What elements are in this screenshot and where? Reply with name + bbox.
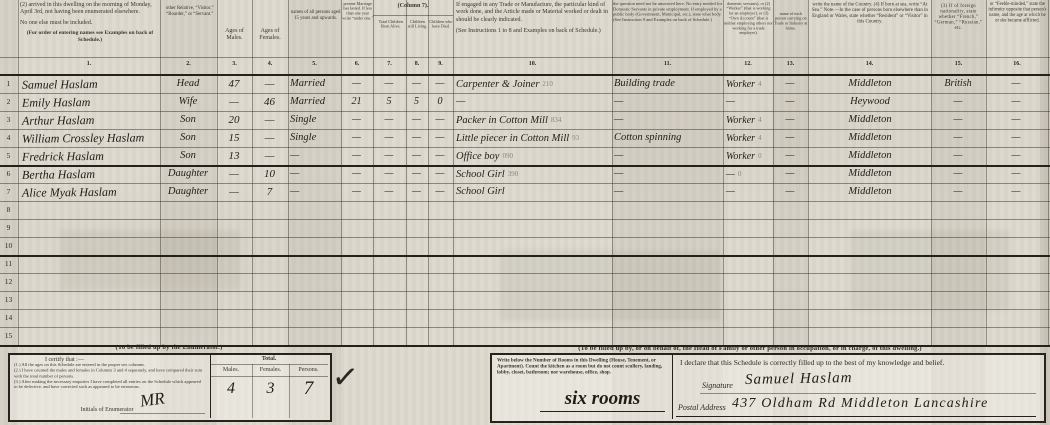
cell-living-text: — (412, 168, 421, 179)
cell-status: — (726, 93, 771, 111)
cell-age-f: — (252, 129, 287, 147)
col-header-industry: the question need not be answered here. … (613, 2, 723, 23)
cell-relation: Son (160, 147, 216, 165)
cell-at_home-text: — (786, 186, 795, 197)
signature-label: Signature (702, 381, 733, 390)
cell-age_m-text: — (229, 168, 239, 180)
cell-years-text: — (352, 78, 361, 89)
total-females-value: 3 (252, 380, 289, 398)
grid-line (612, 0, 613, 345)
cell-birthplace-text: Heywood (850, 96, 890, 107)
total-label: Total. (210, 356, 328, 363)
row-number: 7 (0, 183, 17, 201)
column-number: 7. (373, 61, 406, 67)
col-header-years-married: present Marriage has lasted. If less tha… (342, 2, 374, 22)
cell-at_home-text: — (786, 114, 795, 125)
cell-nationality-text: British (944, 78, 971, 89)
cell-at_home-text: — (786, 96, 795, 107)
cell-occupation-text: Packer in Cotton Mill (456, 115, 548, 126)
cell-age_f-text: 7 (267, 186, 273, 198)
cell-name-text: Arthur Haslam (22, 113, 94, 128)
col-header-occupation: If engaged in any Trade or Manufacture, … (456, 2, 609, 35)
cell-age_f-text: — (265, 114, 275, 126)
header-note-order: (For order of entering names see Example… (20, 30, 160, 43)
cell-occupation-text: School Girl (456, 169, 505, 180)
cell-birthplace-text: Middleton (848, 186, 891, 197)
cell-infirmity: — (986, 111, 1046, 129)
cell-living-text: — (412, 150, 421, 161)
grid-line (0, 219, 1050, 220)
cell-years: — (341, 75, 372, 93)
cell-age-m: — (217, 93, 251, 111)
cell-name: Fredrick Haslam (22, 146, 160, 165)
cell-age-f: — (252, 75, 287, 93)
cell-name: Emily Haslam (22, 92, 160, 111)
cell-name-text: William Crossley Haslam (22, 130, 144, 145)
cell-name: William Crossley Haslam (22, 128, 160, 147)
cell-marriage-text: Single (290, 132, 316, 143)
cell-industry: — (614, 183, 721, 201)
cell-infirmity-text: — (1012, 150, 1021, 161)
column-number: 14. (808, 61, 931, 67)
cell-infirmity: — (986, 129, 1046, 147)
cell-status-text: — (726, 169, 735, 180)
persons-label: Persons. (289, 367, 328, 374)
cell-occupation: Little piecer in Cotton Mill93 (456, 129, 610, 147)
cell-years-text: — (352, 168, 361, 179)
cell-name: Arthur Haslam (22, 110, 160, 129)
cell-died: — (428, 129, 452, 147)
cell-birthplace-text: Middleton (848, 132, 891, 143)
cell-died-text: — (436, 132, 445, 143)
cell-occupation-text: Little piecer in Cotton Mill (456, 133, 569, 144)
postal-address-label: Postal Address (678, 403, 726, 412)
cell-relation-text: Son (180, 114, 196, 125)
grid-line (453, 0, 454, 345)
cell-marriage-text: Married (290, 96, 325, 107)
initials-write-line (120, 413, 205, 414)
column-number: 3. (217, 61, 252, 67)
cell-born: — (373, 165, 405, 183)
cell-died: — (428, 111, 452, 129)
labels-separator (210, 376, 328, 377)
cell-birthplace: Middleton (812, 111, 928, 129)
header-note-no-one-else: No one else must be included. (20, 20, 160, 27)
row-number: 9 (0, 219, 17, 237)
cell-age-f: — (252, 111, 287, 129)
column-number: 8. (406, 61, 428, 67)
cell-years-text: — (352, 186, 361, 197)
cell-status-text: Worker (726, 115, 755, 126)
cell-nationality: — (931, 147, 985, 165)
grid-line (0, 291, 1050, 292)
col-header-birthplace: write the name of the Country. (4) If bo… (810, 2, 930, 25)
column-number: 15. (931, 61, 986, 67)
cell-age_f-text: — (265, 150, 275, 162)
cell-born-text: — (385, 132, 394, 143)
cell-died-text: 0 (438, 96, 443, 107)
declaration-text: I declare that this Schedule is correctl… (680, 358, 944, 367)
cell-died: — (428, 75, 452, 93)
total-separator (210, 364, 328, 365)
cell-nationality: — (931, 183, 985, 201)
cell-occupation-text: School Girl (456, 186, 505, 197)
cell-at-home: — (773, 93, 807, 111)
column-number: 6. (341, 61, 373, 67)
cell-occupation: Office boy090 (456, 147, 610, 165)
bleed-through-smudge (60, 230, 240, 290)
cell-born: — (373, 183, 405, 201)
registrar-code: 090 (502, 152, 513, 160)
cell-relation-text: Wife (179, 96, 198, 107)
females-label: Females. (252, 367, 289, 374)
grid-line (373, 15, 453, 16)
cell-occupation-text: Carpenter & Joiner (456, 79, 539, 90)
males-label: Males. (210, 367, 252, 374)
cell-nationality-text: — (954, 114, 963, 125)
col-header-nationality: (3) If of foreign nationality, state whe… (932, 4, 985, 32)
cell-years-text: 21 (352, 96, 362, 107)
cell-nationality: British (931, 75, 985, 93)
column-number: 9. (428, 61, 453, 67)
column-number: 11. (612, 61, 723, 67)
cell-age-m: 15 (217, 129, 251, 147)
cell-birthplace: Middleton (812, 147, 928, 165)
enumerator-certify-items: (1.) All the ages on this Schedule are e… (14, 363, 204, 391)
registrar-code: 93 (572, 134, 579, 142)
cell-name: Alice Myak Haslam (22, 182, 160, 201)
cell-infirmity-text: — (1012, 132, 1021, 143)
cell-age-f: 46 (252, 93, 287, 111)
rooms-instruction: Write below the Number of Rooms in this … (497, 358, 667, 376)
cell-born: — (373, 111, 405, 129)
cell-infirmity-text: — (1012, 78, 1021, 89)
cell-industry-text: — (614, 114, 623, 125)
grid-line (1048, 0, 1049, 345)
cell-born: — (373, 129, 405, 147)
column-number: 5. (288, 61, 341, 67)
cell-at-home: — (773, 129, 807, 147)
cell-status-text: Worker (726, 133, 755, 144)
cell-infirmity: — (986, 183, 1046, 201)
cell-living: 5 (406, 93, 427, 111)
row-number: 10 (0, 237, 17, 255)
cell-infirmity: — (986, 147, 1046, 165)
grid-line (0, 273, 1050, 274)
row-number: 12 (0, 273, 17, 291)
cell-occupation-text: — (456, 96, 465, 107)
registrar-code: 0 (738, 170, 742, 178)
cell-marriage-text: Single (290, 114, 316, 125)
cell-at_home-text: — (786, 78, 795, 89)
row-number: 1 (0, 75, 17, 93)
cell-birthplace: Heywood (812, 93, 928, 111)
cell-status: —0 (726, 165, 771, 183)
cell-name: Samuel Haslam (22, 74, 160, 93)
cell-living-text: — (412, 132, 421, 143)
cell-industry: — (614, 165, 721, 183)
cell-nationality: — (931, 111, 985, 129)
signature-write-line (700, 393, 1036, 394)
cell-age-m: 20 (217, 111, 251, 129)
cell-age-m: — (217, 183, 251, 201)
cell-relation: Wife (160, 93, 216, 111)
cell-born-text: 5 (387, 96, 392, 107)
row-number: 15 (0, 327, 17, 345)
cell-age_f-text: — (265, 132, 275, 144)
cell-marriage: — (290, 183, 340, 201)
header-occupation-text: If engaged in any Trade or Manufacture, … (456, 2, 609, 24)
grid-line (0, 255, 1050, 257)
cell-nationality: — (931, 165, 985, 183)
cell-status-text: Worker (726, 79, 755, 90)
cell-born-text: — (385, 168, 394, 179)
cell-birthplace: Middleton (812, 75, 928, 93)
total-persons-value: 7 (289, 378, 328, 400)
cell-status-text: Worker (726, 151, 755, 162)
column-number: 1. (18, 61, 160, 67)
cell-age-f: 7 (252, 183, 287, 201)
cell-relation-text: Daughter (168, 168, 208, 179)
registrar-code: 4 (758, 134, 762, 142)
cell-relation-text: Head (177, 78, 200, 89)
cell-birthplace: Middleton (812, 165, 928, 183)
rooms-write-line (540, 411, 665, 412)
cell-years: — (341, 183, 372, 201)
cell-relation: Daughter (160, 165, 216, 183)
cell-name: Bertha Haslam (22, 164, 160, 183)
cell-birthplace-text: Middleton (848, 114, 891, 125)
cell-years: — (341, 165, 372, 183)
cell-industry-text: — (614, 168, 623, 179)
column-number: 10. (453, 61, 612, 67)
row-number: 4 (0, 129, 17, 147)
cell-age_f-text: 10 (264, 168, 275, 180)
cell-living: — (406, 165, 427, 183)
cell-name-text: Bertha Haslam (22, 167, 95, 182)
column-number: 16. (986, 61, 1048, 67)
postal-address-value: 437 Oldham Rd Middleton Lancashire (732, 396, 989, 412)
header-occupation-see: (See Instructions 1 to 8 and Examples on… (456, 28, 609, 35)
cell-industry-text: — (614, 96, 623, 107)
cell-age-m: 47 (217, 75, 251, 93)
cell-relation-text: Son (180, 132, 196, 143)
grid-line (723, 0, 724, 345)
cell-living-text: — (412, 114, 421, 125)
cell-died-text: — (436, 78, 445, 89)
column-number: 13. (773, 61, 808, 67)
cell-age-f: 10 (252, 165, 287, 183)
cell-age_m-text: — (229, 96, 239, 108)
cell-died: — (428, 183, 452, 201)
cell-marriage: — (290, 165, 340, 183)
row-number: 8 (0, 201, 17, 219)
grid-line (0, 237, 1050, 238)
cell-living: — (406, 147, 427, 165)
cell-years-text: — (352, 150, 361, 161)
cell-age-m: 13 (217, 147, 251, 165)
cell-relation: Daughter (160, 183, 216, 201)
header-note-arrived: (2) arrived in this dwelling on the morn… (20, 2, 160, 17)
cell-infirmity-text: — (1012, 186, 1021, 197)
cell-marriage: Single (290, 129, 340, 147)
address-write-line (676, 416, 1036, 417)
grid-line (0, 201, 1050, 202)
census-schedule-sheet: (2) arrived in this dwelling on the morn… (0, 0, 1050, 425)
cell-status: Worker4 (726, 75, 771, 93)
cell-nationality-text: — (954, 132, 963, 143)
cell-marriage-text: — (290, 186, 299, 197)
cell-living-text: — (412, 186, 421, 197)
household-box-divider (672, 353, 673, 419)
registrar-code: 0 (758, 152, 762, 160)
cell-years-text: — (352, 114, 361, 125)
cell-age_m-text: 13 (229, 150, 240, 162)
column-number: 4. (252, 61, 288, 67)
cell-nationality-text: — (954, 96, 963, 107)
cell-years: — (341, 147, 372, 165)
row-number: 11 (0, 255, 17, 273)
row-number: 14 (0, 309, 17, 327)
cell-age_m-text: 47 (229, 78, 240, 90)
col-header-ages-females: Ages of Females. (252, 28, 288, 42)
cell-status-text: — (726, 96, 735, 107)
cell-birthplace-text: Middleton (848, 168, 891, 179)
cell-died-text: — (436, 150, 445, 161)
cell-relation: Son (160, 129, 216, 147)
cell-at-home: — (773, 147, 807, 165)
cell-at-home: — (773, 75, 807, 93)
cell-living: — (406, 111, 427, 129)
cell-name-text: Emily Haslam (22, 95, 90, 110)
cell-occupation: School Girl390 (456, 165, 610, 183)
cell-birthplace-text: Middleton (848, 78, 891, 89)
grid-line (0, 345, 1050, 347)
cell-marriage-text: Married (290, 78, 325, 89)
cell-status: Worker4 (726, 111, 771, 129)
grid-line (808, 0, 809, 345)
rooms-value: six rooms (540, 388, 665, 410)
cell-age-m: — (217, 165, 251, 183)
row-number: 3 (0, 111, 17, 129)
col-header-children-died: Children who have Died. (429, 20, 453, 30)
cell-industry-text: — (614, 150, 623, 161)
cell-years: — (341, 129, 372, 147)
enumerator-tick-icon: ✓ (330, 357, 361, 398)
cell-name-text: Fredrick Haslam (22, 149, 104, 164)
cell-relation: Head (160, 75, 216, 93)
grid-line (18, 0, 19, 345)
cell-nationality-text: — (954, 168, 963, 179)
cell-living: — (406, 129, 427, 147)
cell-at-home: — (773, 183, 807, 201)
cell-name-text: Alice Myak Haslam (22, 185, 117, 200)
cell-industry-text: Building trade (614, 78, 675, 89)
cell-occupation: Packer in Cotton Mill834 (456, 111, 610, 129)
cell-industry-text: Cotton spinning (614, 132, 681, 143)
cell-marriage-text: — (290, 150, 299, 161)
cell-relation-text: Son (180, 150, 196, 161)
cell-age_m-text: 15 (229, 132, 240, 144)
total-males-value: 4 (210, 380, 252, 398)
col-header-marriage: names of all persons aged 15 years and u… (290, 10, 341, 21)
cell-birthplace: Middleton (812, 183, 928, 201)
cell-nationality: — (931, 129, 985, 147)
cell-died: — (428, 147, 452, 165)
cell-living: — (406, 183, 427, 201)
col-header-children-born: Total Children Born Alive. (375, 20, 407, 30)
col-header-relation: other Relative, “Visitor,” “Boarder,” or… (161, 6, 219, 17)
cell-marriage: — (290, 147, 340, 165)
cell-died-text: — (436, 114, 445, 125)
cell-born: — (373, 147, 405, 165)
cell-living-text: — (412, 78, 421, 89)
cell-nationality: — (931, 93, 985, 111)
cell-birthplace: Middleton (812, 129, 928, 147)
cell-born: — (373, 75, 405, 93)
cell-infirmity: — (986, 93, 1046, 111)
cell-occupation-text: Office boy (456, 151, 499, 162)
cell-age_m-text: 20 (229, 114, 240, 126)
cell-nationality-text: — (954, 150, 963, 161)
grid-line (0, 327, 1050, 328)
cell-died-text: — (436, 186, 445, 197)
cell-age_f-text: 46 (264, 96, 275, 108)
registrar-code: 390 (508, 170, 519, 178)
column-number: 12. (723, 61, 773, 67)
col-header-column7-group: (Column 7). (373, 3, 453, 10)
cell-at_home-text: — (786, 168, 795, 179)
cell-marriage: Married (290, 75, 340, 93)
cell-occupation: Carpenter & Joiner210 (456, 75, 610, 93)
cell-born-text: — (385, 78, 394, 89)
cell-industry-text: — (614, 186, 623, 197)
cell-age_f-text: — (265, 78, 275, 90)
cell-marriage: Married (290, 93, 340, 111)
cell-born-text: — (385, 114, 394, 125)
column-number: 2. (160, 61, 217, 67)
grid-line (0, 57, 1050, 58)
cell-industry: — (614, 93, 721, 111)
registrar-code: 210 (542, 80, 553, 88)
cell-infirmity-text: — (1012, 96, 1021, 107)
cell-years-text: — (352, 132, 361, 143)
registrar-code: 834 (551, 116, 562, 124)
col-header-infirmity: or “Feeble-minded,” state the infirmity … (987, 2, 1048, 24)
cell-status-text: — (726, 186, 735, 197)
cell-occupation: School Girl (456, 183, 610, 201)
registrar-code: 4 (758, 80, 762, 88)
col-header-name: (2) arrived in this dwelling on the morn… (20, 2, 160, 43)
cell-at-home: — (773, 111, 807, 129)
row-number: 2 (0, 93, 17, 111)
cell-at_home-text: — (786, 132, 795, 143)
enumerator-item-3: (3.) After making the necessary enquirie… (14, 380, 204, 391)
cell-infirmity: — (986, 75, 1046, 93)
cell-marriage-text: — (290, 168, 299, 179)
registrar-code: 4 (758, 116, 762, 124)
row-number: 5 (0, 147, 17, 165)
cell-born-text: — (385, 150, 394, 161)
cell-status: Worker4 (726, 129, 771, 147)
col-header-at-home: name of each person carrying on Trade or… (774, 12, 808, 32)
col-header-employment-status: domestic servants), or (2) “Worker” (tha… (724, 2, 773, 37)
enumerator-initials-value: MR (139, 388, 166, 411)
col-header-children-living: Children still Living. (407, 20, 428, 30)
cell-status: Worker0 (726, 147, 771, 165)
cell-years: — (341, 111, 372, 129)
cell-relation: Son (160, 111, 216, 129)
